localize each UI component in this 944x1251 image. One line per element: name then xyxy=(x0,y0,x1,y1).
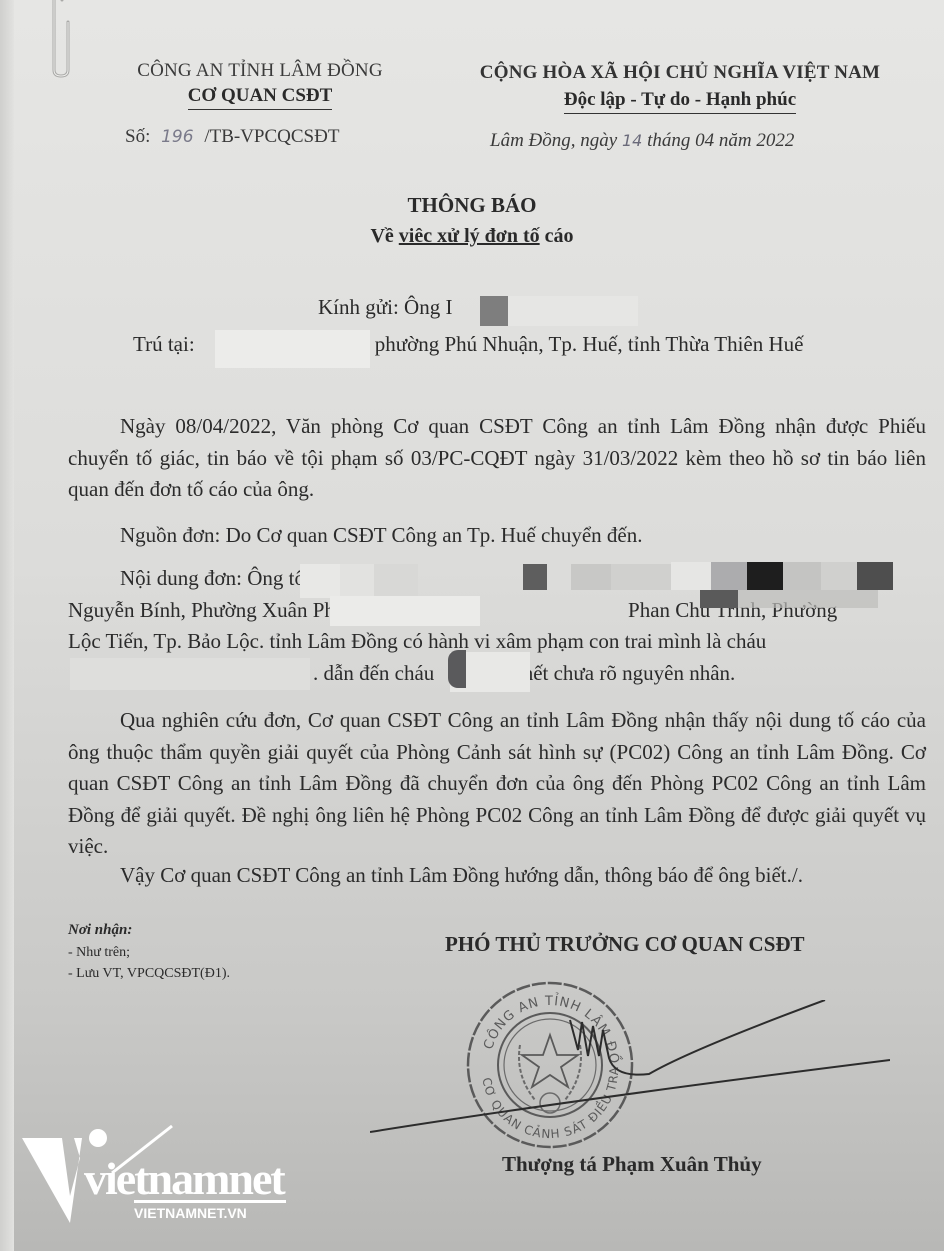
number-handwritten: 196 xyxy=(161,127,193,147)
document-date: Lâm Đồng, ngày 14 tháng 04 năm 2022 xyxy=(490,130,794,152)
redaction-block xyxy=(783,562,821,590)
svg-text:VIETNAMNET.VN: VIETNAMNET.VN xyxy=(134,1205,247,1221)
recipient-item: - Lưu VT, VPCQCSĐT(Đ1). xyxy=(68,966,230,982)
subtitle-pre: Về xyxy=(370,225,398,247)
redaction-block xyxy=(747,562,783,590)
document-subtitle: Về viêc xử lý đơn tố cáo xyxy=(0,225,944,248)
content-line-4a: . dẫn đến cháu xyxy=(313,661,434,685)
redaction-block xyxy=(711,562,747,590)
redaction-block xyxy=(857,562,893,590)
redaction-block xyxy=(374,564,418,598)
svg-text:vietnamnet: vietnamnet xyxy=(84,1153,286,1204)
redaction-block xyxy=(671,562,711,590)
header-right: CỘNG HÒA XÃ HỘI CHỦ NGHĨA VIỆT NAM Độc l… xyxy=(445,62,915,114)
agency-name: CÔNG AN TỈNH LÂM ĐỒNG xyxy=(110,60,410,82)
redaction-block xyxy=(340,564,374,598)
document-number: Số: 196 /TB-VPCQCSĐT xyxy=(125,126,339,148)
vietnamnet-watermark: vietnamnet VIETNAMNET.VN xyxy=(22,1118,292,1228)
residence-label: Trú tại: xyxy=(133,332,200,356)
office-name: CƠ QUAN CSĐT xyxy=(188,85,333,110)
redaction-block xyxy=(215,330,370,368)
recipient-item: - Như trên; xyxy=(68,945,130,961)
redaction-block xyxy=(480,296,508,326)
redaction-block xyxy=(508,296,638,326)
paragraph-conclusion-text: Vậy Cơ quan CSĐT Công an tỉnh Lâm Đồng h… xyxy=(120,863,803,887)
residence-address: ề, phường Phú Nhuận, Tp. Huế, tỉnh Thừa … xyxy=(355,332,804,356)
subtitle-underlined: viêc xử lý đơn tố xyxy=(399,225,540,247)
signature-icon xyxy=(370,1000,890,1140)
paragraph-received-text: Ngày 08/04/2022, Văn phòng Cơ quan CSĐT … xyxy=(68,414,926,501)
redaction-block xyxy=(547,564,571,590)
paragraph-study-text: Qua nghiên cứu đơn, Cơ quan CSĐT Công an… xyxy=(68,708,926,858)
paragraph-study: Qua nghiên cứu đơn, Cơ quan CSĐT Công an… xyxy=(68,705,926,863)
paragraph-conclusion: Vậy Cơ quan CSĐT Công an tỉnh Lâm Đồng h… xyxy=(68,860,926,892)
content-line-3: Lộc Tiến, Tp. Bảo Lộc. tỉnh Lâm Đồng có … xyxy=(68,629,766,653)
redaction-block xyxy=(611,564,671,590)
paragraph-source-text: Nguồn đơn: Do Cơ quan CSĐT Công an Tp. H… xyxy=(120,523,642,547)
motto: Độc lập - Tự do - Hạnh phúc xyxy=(564,89,796,114)
redaction-block xyxy=(330,596,480,626)
paperclip-icon xyxy=(44,0,78,80)
addressee-line: Kính gửi: Ông I xyxy=(318,295,452,320)
redaction-block xyxy=(300,564,340,598)
redaction-block xyxy=(70,658,310,690)
redaction-block xyxy=(738,590,878,608)
number-label: Số: xyxy=(125,126,150,147)
paragraph-source: Nguồn đơn: Do Cơ quan CSĐT Công an Tp. H… xyxy=(68,520,926,552)
redaction-block xyxy=(821,562,857,590)
date-suffix: tháng 04 năm 2022 xyxy=(647,130,794,151)
date-prefix: Lâm Đồng, ngày xyxy=(490,130,617,151)
content-line-4b: ị chết chưa rõ nguyên nhân. xyxy=(502,661,735,685)
signer-name: Thượng tá Phạm Xuân Thủy xyxy=(502,1152,762,1177)
vietnamnet-logo-icon: vietnamnet VIETNAMNET.VN xyxy=(22,1118,292,1228)
redaction-block xyxy=(700,590,738,608)
number-suffix: /TB-VPCQCSĐT xyxy=(204,126,339,147)
nation-name: CỘNG HÒA XÃ HỘI CHỦ NGHĨA VIỆT NAM xyxy=(445,62,915,84)
paragraph-received: Ngày 08/04/2022, Văn phòng Cơ quan CSĐT … xyxy=(68,411,926,506)
date-day-handwritten: 14 xyxy=(622,131,642,150)
signature-title: PHÓ THỦ TRƯỞNG CƠ QUAN CSĐT xyxy=(445,932,805,957)
subtitle-post: cáo xyxy=(540,225,574,247)
redaction-block xyxy=(523,564,547,590)
recipients-label: Nơi nhận: xyxy=(68,922,132,939)
document-title: THÔNG BÁO xyxy=(0,193,944,218)
header-left: CÔNG AN TỈNH LÂM ĐỒNG CƠ QUAN CSĐT xyxy=(110,60,410,110)
redaction-block xyxy=(448,650,466,688)
page-edge xyxy=(0,0,14,1251)
redaction-block xyxy=(571,564,611,590)
